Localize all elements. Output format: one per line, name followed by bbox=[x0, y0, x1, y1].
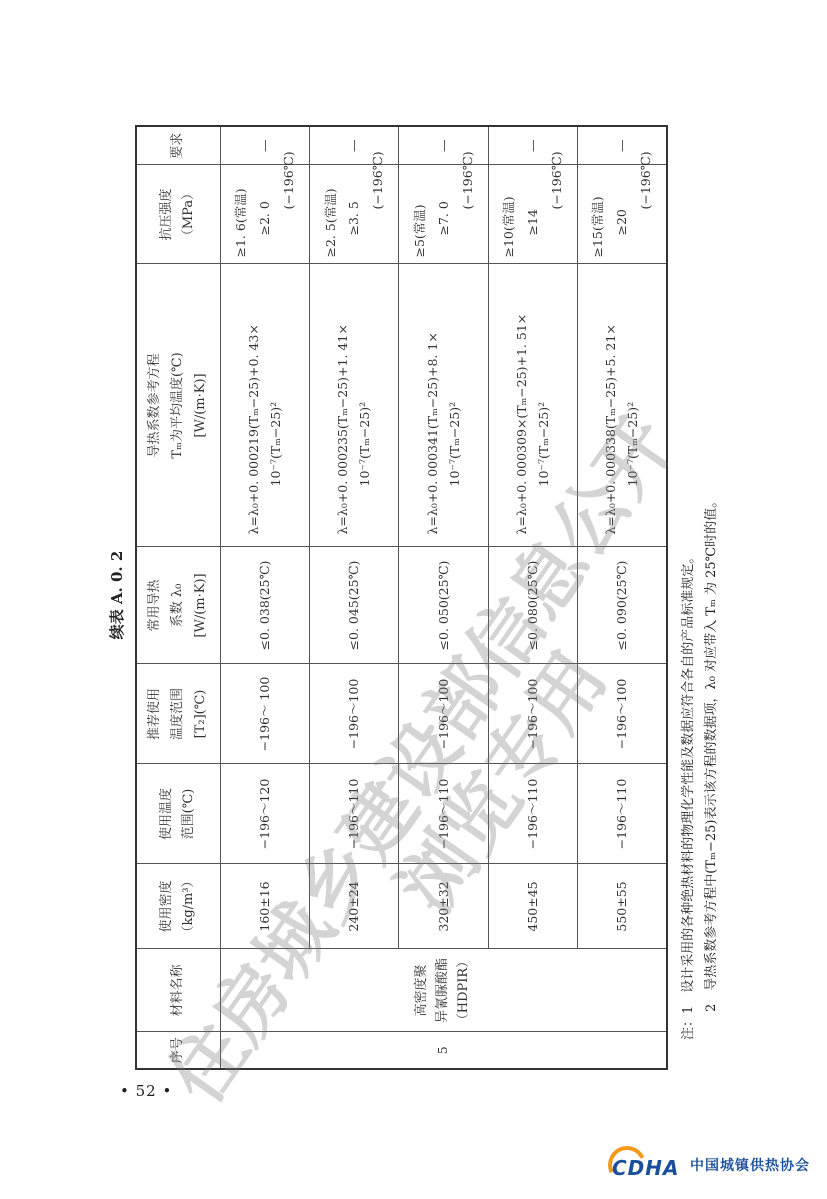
header-eq-l1: 导热系数参考方程 bbox=[144, 268, 167, 544]
str-l3: (−196℃) bbox=[545, 169, 569, 258]
cell-rec-range: −196～100 bbox=[488, 664, 577, 764]
header-rec-l2: 温度范围 bbox=[167, 668, 190, 761]
header-eq-l2: Tₘ为平均温度(℃) bbox=[167, 268, 190, 544]
eq-l2: 10⁻⁷(Tₘ−25)² bbox=[354, 268, 376, 535]
cell-temp-range: −196～110 bbox=[488, 764, 577, 864]
cell-rec-range: −196～100 bbox=[578, 664, 667, 764]
header-eq-l3: [W/(m·K)] bbox=[190, 268, 213, 544]
name-l2: 异氰脲酸酯 bbox=[433, 953, 454, 1029]
header-lambda-l3: [W/(m·K)] bbox=[190, 551, 213, 661]
cell-lambda0: ≤0. 050(25℃) bbox=[399, 547, 488, 664]
cell-strength: ≥1. 6(常温)≥2. 0(−196℃) bbox=[220, 165, 309, 264]
str-l2: ≥2. 0 bbox=[253, 169, 277, 258]
str-l1: ≥1. 6(常温) bbox=[229, 169, 253, 258]
organization-name: 中国城镇供热协会 bbox=[690, 1155, 810, 1175]
str-l1: ≥10(常温) bbox=[497, 169, 521, 258]
eq-l2: 10⁻⁷(Tₘ−25)² bbox=[533, 268, 555, 535]
page-number: • 52 • bbox=[120, 1082, 172, 1100]
cell-strength: ≥2. 5(常温)≥3. 5(−196℃) bbox=[310, 165, 399, 264]
cdha-logo-mark: CDHA bbox=[602, 1150, 682, 1180]
table-row: 550±55 −196～110 −196～100 ≤0. 090(25℃) λ=… bbox=[578, 126, 667, 1069]
header-rec-l1: 推荐使用 bbox=[144, 668, 167, 761]
header-equation: 导热系数参考方程Tₘ为平均温度(℃)[W/(m·K)] bbox=[136, 264, 220, 547]
eq-l2: 10⁻⁷(Tₘ−25)² bbox=[265, 268, 287, 535]
note-2-text: 2 导热系数参考方程中(Tₘ−25)表示该方程的数据项，λ₀ 对应带入 Tₘ 为… bbox=[704, 495, 719, 1012]
header-rec-l3: [T₂](℃) bbox=[190, 668, 213, 761]
str-l2: ≥7. 0 bbox=[432, 169, 456, 258]
header-temp-range: 使用温度范围(℃) bbox=[136, 764, 220, 864]
cell-equation: λ=λ₀+0. 000341(Tₘ−25)+8. 1×10⁻⁷(Tₘ−25)² bbox=[399, 264, 488, 547]
cell-density: 320±32 bbox=[399, 864, 488, 949]
eq-l2: 10⁻⁷(Tₘ−25)² bbox=[444, 268, 466, 535]
str-l3: (−196℃) bbox=[456, 169, 480, 258]
note-1: 注：1 设计采用的各种绝热材料的物理化学性能及数据应符合各自的产品标准规定。 bbox=[677, 340, 699, 1040]
str-l1: ≥2. 5(常温) bbox=[319, 169, 343, 258]
header-temp-l2: 范围(℃) bbox=[178, 768, 201, 861]
name-l1: 高密度聚 bbox=[412, 953, 433, 1029]
cell-equation: λ=λ₀+0. 000235(Tₘ−25)+1. 41×10⁻⁷(Tₘ−25)² bbox=[310, 264, 399, 547]
cell-temp-range: −196～110 bbox=[310, 764, 399, 864]
header-strength-l2: （MPa） bbox=[178, 169, 201, 261]
name-l3: （HDPIR） bbox=[454, 953, 475, 1029]
cell-density: 450±45 bbox=[488, 864, 577, 949]
cell-temp-range: −196～110 bbox=[399, 764, 488, 864]
header-lambda0: 常用导热系数 λ₀[W/(m·K)] bbox=[136, 547, 220, 664]
cell-strength: ≥10(常温)≥14(−196℃) bbox=[488, 165, 577, 264]
cell-equation: λ=λ₀+0. 000338(Tₘ−25)+5. 21×10⁻⁷(Tₘ−25)² bbox=[578, 264, 667, 547]
note-2: 2 导热系数参考方程中(Tₘ−25)表示该方程的数据项，λ₀ 对应带入 Tₘ 为… bbox=[700, 340, 722, 1040]
cell-density: 240±24 bbox=[310, 864, 399, 949]
cell-density: 550±55 bbox=[578, 864, 667, 949]
cell-strength: ≥5(常温)≥7. 0(−196℃) bbox=[399, 165, 488, 264]
eq-l1: λ=λ₀+0. 000219(Tₘ−25)+0. 43× bbox=[243, 268, 265, 535]
str-l3: (−196℃) bbox=[634, 169, 658, 258]
eq-l1: λ=λ₀+0. 000341(Tₘ−25)+8. 1× bbox=[422, 268, 444, 535]
eq-l1: λ=λ₀+0. 000309×(Tₘ−25)+1. 51× bbox=[511, 268, 533, 535]
str-l2: ≥14 bbox=[521, 169, 545, 258]
table-row: 320±32 −196～110 −196～100 ≤0. 050(25℃) λ=… bbox=[399, 126, 488, 1069]
header-density-l1: 使用密度 bbox=[156, 868, 179, 946]
data-table: 序号 材料名称 使用密度（kg/m³） 使用温度范围(℃) 推荐使用温度范围[T… bbox=[135, 127, 668, 1070]
header-requirement: 要求 bbox=[136, 126, 220, 165]
header-lambda-l1: 常用导热 bbox=[144, 551, 167, 661]
eq-l2: 10⁻⁷(Tₘ−25)² bbox=[622, 268, 644, 535]
cell-lambda0: ≤0. 080(25℃) bbox=[488, 547, 577, 664]
cdha-logo: CDHA 中国城镇供热协会 bbox=[602, 1150, 810, 1180]
table-row: 450±45 −196～110 −196～100 ≤0. 080(25℃) λ=… bbox=[488, 126, 577, 1069]
cell-temp-range: −196～110 bbox=[578, 764, 667, 864]
str-l3: (−196℃) bbox=[277, 169, 301, 258]
cell-temp-range: −196～120 bbox=[220, 764, 309, 864]
cell-no: 5 bbox=[220, 1032, 667, 1069]
header-density: 使用密度（kg/m³） bbox=[136, 864, 220, 949]
str-l3: (−196℃) bbox=[366, 169, 390, 258]
header-rec-range: 推荐使用温度范围[T₂](℃) bbox=[136, 664, 220, 764]
cdha-logo-text: CDHA bbox=[612, 1156, 680, 1180]
header-row: 序号 材料名称 使用密度（kg/m³） 使用温度范围(℃) 推荐使用温度范围[T… bbox=[136, 126, 220, 1069]
eq-l1: λ=λ₀+0. 000235(Tₘ−25)+1. 41× bbox=[332, 268, 354, 535]
cell-lambda0: ≤0. 045(25℃) bbox=[310, 547, 399, 664]
str-l1: ≥15(常温) bbox=[586, 169, 610, 258]
cell-equation: λ=λ₀+0. 000219(Tₘ−25)+0. 43×10⁻⁷(Tₘ−25)² bbox=[220, 264, 309, 547]
str-l2: ≥3. 5 bbox=[342, 169, 366, 258]
table-row: 5 高密度聚异氰脲酸酯（HDPIR） 160±16 −196～120 −196～… bbox=[220, 126, 309, 1069]
cell-lambda0: ≤0. 038(25℃) bbox=[220, 547, 309, 664]
str-l2: ≥20 bbox=[610, 169, 634, 258]
header-strength-l1: 抗压强度 bbox=[156, 169, 179, 261]
header-no: 序号 bbox=[136, 1032, 220, 1069]
header-strength: 抗压强度（MPa） bbox=[136, 165, 220, 264]
cell-density: 160±16 bbox=[220, 864, 309, 949]
header-lambda-l2: 系数 λ₀ bbox=[167, 551, 190, 661]
cell-strength: ≥15(常温)≥20(−196℃) bbox=[578, 165, 667, 264]
header-name: 材料名称 bbox=[136, 949, 220, 1032]
str-l1: ≥5(常温) bbox=[408, 169, 432, 258]
cell-rec-range: −196～ 100 bbox=[220, 664, 309, 764]
cell-rec-range: −196～100 bbox=[310, 664, 399, 764]
table-title: 续表 A. 0. 2 bbox=[106, 545, 130, 645]
eq-l1: λ=λ₀+0. 000338(Tₘ−25)+5. 21× bbox=[600, 268, 622, 535]
table-row: 240±24 −196～110 −196～100 ≤0. 045(25℃) λ=… bbox=[310, 126, 399, 1069]
header-density-l2: （kg/m³） bbox=[178, 868, 201, 946]
cell-equation: λ=λ₀+0. 000309×(Tₘ−25)+1. 51×10⁻⁷(Tₘ−25)… bbox=[488, 264, 577, 547]
cell-material-name: 高密度聚异氰脲酸酯（HDPIR） bbox=[220, 949, 667, 1032]
cell-rec-range: −196～100 bbox=[399, 664, 488, 764]
cell-lambda0: ≤0. 090(25℃) bbox=[578, 547, 667, 664]
header-temp-l1: 使用温度 bbox=[156, 768, 179, 861]
